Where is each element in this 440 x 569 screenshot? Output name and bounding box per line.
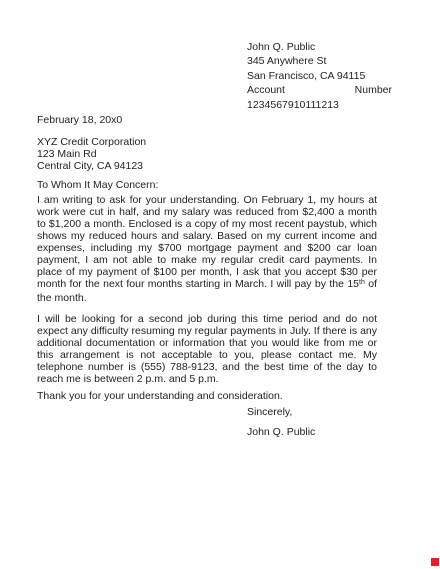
hardship-letter-document: John Q. Public 345 Anywhere St San Franc…	[0, 0, 440, 569]
body-paragraph-1: I am writing to ask for your understandi…	[37, 194, 377, 304]
salutation: To Whom It May Concern:	[37, 179, 158, 191]
recipient-address-block: XYZ Credit Corporation 123 Main Rd Centr…	[37, 136, 146, 172]
signature-name: John Q. Public	[247, 426, 315, 438]
body-paragraph-2: I will be looking for a second job durin…	[37, 313, 377, 385]
letter-date: February 18, 20x0	[37, 114, 122, 126]
recipient-company: XYZ Credit Corporation	[37, 136, 146, 148]
thank-you-line: Thank you for your understanding and con…	[37, 390, 377, 402]
sender-name: John Q. Public	[247, 40, 392, 54]
sender-street: 345 Anywhere St	[247, 54, 392, 68]
ordinal-superscript: th	[359, 279, 365, 286]
body-paragraph-1-text: I am writing to ask for your understandi…	[37, 194, 377, 290]
sender-address-block: John Q. Public 345 Anywhere St San Franc…	[247, 40, 392, 112]
recipient-street: 123 Main Rd	[37, 148, 146, 160]
recipient-city-state-zip: Central City, CA 94123	[37, 160, 146, 172]
valediction: Sincerely,	[247, 406, 292, 418]
sender-account-number: Account Number 1234567910111213	[247, 83, 392, 112]
red-corner-mark	[431, 558, 439, 566]
sender-city-state-zip: San Francisco, CA 94115	[247, 69, 392, 83]
